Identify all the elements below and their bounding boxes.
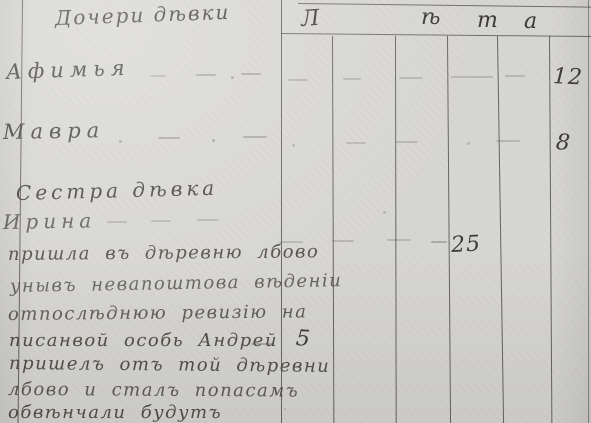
ditto-dash bbox=[496, 140, 520, 142]
ditto-dash bbox=[197, 219, 219, 221]
paper-speck bbox=[383, 211, 386, 214]
note-line: пришла въ дѣревню лбово bbox=[8, 241, 320, 265]
ditto-dash bbox=[332, 240, 354, 242]
note-line: отпослѣднюю ревизію на bbox=[8, 301, 308, 325]
ditto-dash bbox=[451, 76, 493, 78]
entry-age-mavra: 8 bbox=[555, 130, 572, 156]
entry-age-afimya: 12 bbox=[552, 64, 583, 91]
ditto-dot bbox=[212, 139, 215, 142]
ditto-dash bbox=[241, 73, 261, 75]
ditto-dash bbox=[387, 239, 411, 241]
ditto-dash bbox=[396, 141, 418, 143]
ditto-dash bbox=[431, 241, 447, 243]
names-column-header: Дочери дѣвки bbox=[55, 0, 231, 30]
column-divider-line bbox=[549, 36, 552, 423]
ditto-dot bbox=[119, 140, 122, 143]
ditto-dash bbox=[399, 77, 423, 79]
scanned-ledger-page: Дочери дѣвки Л ѣ т а Афимья 12 Мавра 8 С… bbox=[0, 0, 591, 423]
note-line: обвѣнчали будутъ bbox=[8, 402, 222, 423]
entry-name-irina: Ирина bbox=[3, 208, 97, 234]
column-divider-line bbox=[497, 36, 504, 423]
age-header-letter: а bbox=[524, 9, 537, 34]
column-divider-line bbox=[395, 36, 397, 423]
ditto-dash bbox=[346, 142, 366, 144]
header-underline bbox=[281, 33, 591, 37]
ditto-dash bbox=[251, 343, 273, 345]
ditto-dash bbox=[158, 137, 180, 139]
paper-speck bbox=[284, 312, 286, 314]
entry-name-afimya: Афимья bbox=[6, 56, 131, 84]
right-border-line bbox=[588, 0, 589, 423]
ditto-dash bbox=[107, 221, 127, 223]
ditto-dot bbox=[231, 76, 234, 79]
age-header-letter: ѣ bbox=[421, 5, 440, 30]
note-line: унывъ невапоштова вѣденіи bbox=[10, 270, 343, 297]
ditto-dash bbox=[343, 78, 361, 80]
ditto-dash bbox=[150, 75, 166, 77]
ditto-dash bbox=[288, 79, 308, 81]
paper-speck bbox=[284, 408, 286, 410]
column-divider-line bbox=[447, 36, 451, 423]
top-border-line bbox=[298, 3, 591, 8]
ditto-dash bbox=[243, 136, 267, 138]
note-line: лбово и сталъ попасамъ bbox=[8, 379, 299, 402]
entry-name-mavra: Мавра bbox=[3, 118, 106, 144]
ditto-dash bbox=[151, 220, 171, 222]
age-header-letter: т bbox=[477, 8, 498, 33]
column-divider-line bbox=[332, 36, 334, 423]
entry-age-andrey: 5 bbox=[295, 326, 312, 352]
ditto-dash bbox=[196, 74, 216, 76]
sister-section-label: Сестра дѣвка bbox=[16, 176, 219, 205]
entry-age-irina: 25 bbox=[450, 231, 481, 258]
ditto-dot bbox=[467, 142, 470, 145]
age-header-letter: Л bbox=[300, 6, 320, 32]
ditto-dash bbox=[505, 75, 525, 77]
ditto-dot bbox=[292, 144, 295, 147]
note-line: пришелъ отъ той дѣревни bbox=[9, 353, 330, 377]
note-line: писанвой особь Андрей bbox=[9, 330, 278, 351]
